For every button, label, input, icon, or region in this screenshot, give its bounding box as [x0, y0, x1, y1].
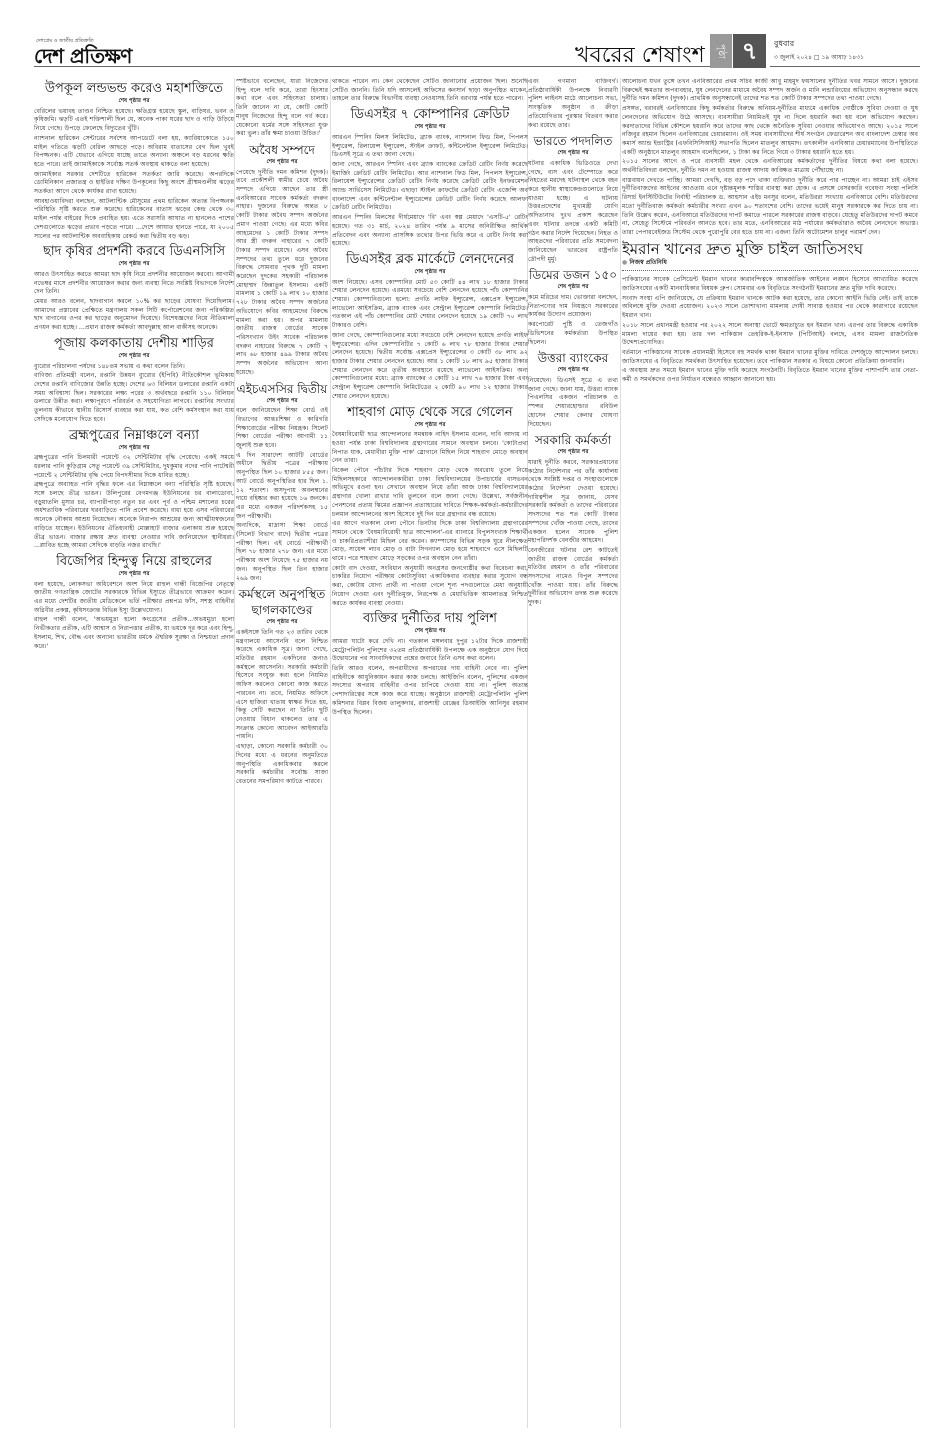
headline[interactable]: ব্রহ্মপুত্রের নিম্নাঞ্চলে বন্যা — [34, 428, 234, 444]
continued-label: শেষ পৃষ্ঠার পর — [528, 283, 618, 292]
headline[interactable]: কর্মস্থলে অনুপস্থিত ছাগলকাণ্ডের — [236, 586, 328, 618]
headline[interactable]: শাহবাগ মোড় থেকে সরে গেলেন — [332, 405, 528, 421]
headline[interactable]: ডিএসইর ৭ কোম্পানির ক্রেডিট — [332, 107, 528, 123]
article-hurricane: উপকূল লন্ডভন্ড করেও মহাশক্তিতে শেষ পৃষ্ঠ… — [34, 81, 234, 241]
publication-date: ৩ জুলাই ২০২৪ □ ১৯ আষাঢ় ১৪৩১ — [774, 52, 864, 63]
page-number: ৭ — [733, 34, 766, 68]
headline[interactable]: উপকূল লন্ডভন্ড করেও মহাশক্তিতে — [34, 81, 234, 97]
article-uttara-bank: করপোরেট পুষ্টি ও তেজগাঁও ডিভিশনের কর্মকর… — [528, 321, 618, 429]
headline[interactable]: ডিমের ডজন ১৫০ — [528, 267, 618, 283]
headline[interactable]: ছাদ কৃষির প্রদর্শনী করবে ডিএনসিসি — [34, 244, 234, 260]
continued-label: শেষ পৃষ্ঠার পর — [236, 158, 328, 167]
article-india-stampede: এবং গণমানা ব্যক্তিবর্গ। প্রতিষ্ঠাবার্ষিক… — [528, 78, 618, 264]
column-divider — [620, 78, 621, 1428]
article-block-market: ডিএসইর ব্লক মার্কেটে লেনদেনের শেষ পৃষ্ঠা… — [332, 252, 528, 402]
continued-label: শেষ পৃষ্ঠার পর — [34, 97, 234, 106]
continued-label: শেষ পৃষ্ঠার পর — [34, 444, 234, 453]
continued-label: শেষ পৃষ্ঠার পর — [34, 260, 234, 269]
article-saree: পূজায় কলকাতায় দেশীয় শাড়ির শেষ পৃষ্ঠা… — [34, 336, 234, 425]
continued-label: শেষ পৃষ্ঠার পর — [34, 352, 234, 361]
headline[interactable]: ভারতে পদদলিত — [528, 133, 618, 149]
headline[interactable]: এইচএসসির দ্বিতীয় — [236, 381, 328, 397]
column-divider — [234, 78, 235, 1428]
newspaper-logo[interactable]: দেশ প্রতিক্ষণ — [34, 42, 132, 75]
article-hsc: এইচএসসির দ্বিতীয় শেষ পৃষ্ঠার পর বলে জান… — [236, 381, 328, 584]
divider — [622, 270, 918, 271]
column-1: উপকূল লন্ডভন্ড করেও মহাশক্তিতে শেষ পৃষ্ঠ… — [34, 78, 234, 1428]
article-nbr: আলোচনা যখন তুঙ্গে তখন এনবিআরের প্রথম সচি… — [622, 78, 918, 238]
masthead-rule — [34, 66, 474, 67]
article-dse-credit: থাকতে পারেন না। কেন থেকেছেন সেটিও জানানো… — [332, 78, 528, 249]
column-3: থাকতে পারেন না। কেন থেকেছেন সেটিও জানানো… — [332, 78, 528, 1428]
continued-label: শেষ পৃষ্ঠার পর — [236, 618, 328, 627]
headline[interactable]: ডিএসইর ব্লক মার্কেটে লেনদেনের — [332, 252, 528, 268]
column-4: এবং গণমানা ব্যক্তিবর্গ। প্রতিষ্ঠাবার্ষিক… — [528, 78, 618, 1428]
column-2: স্পষ্টভাবে বলেছেন, যারা নিজেদের হিন্দু ব… — [236, 78, 328, 1428]
continued-label: শেষ পৃষ্ঠার পর — [528, 149, 618, 158]
headline[interactable]: উত্তরা ব্যাংকের — [528, 350, 618, 366]
article-eggs: ডিমের ডজন ১৫০ শেষ পৃষ্ঠার পর কমে মরিচের … — [528, 267, 618, 320]
column-5: আলোচনা যখন তুঙ্গে তখন এনবিআরের প্রথম সচি… — [622, 78, 918, 1428]
article-imran: ইমরান খানের দ্রুত মুক্তি চাইল জাতিসংঘ নি… — [622, 241, 918, 385]
continued-label: শেষ পৃষ্ঠার পর — [332, 123, 528, 132]
masthead-rule — [470, 66, 710, 67]
article-workplace: কর্মস্থলে অনুপস্থিত ছাগলকাণ্ডের শেষ পৃষ্… — [236, 586, 328, 786]
continued-label: শেষ পৃষ্ঠার পর — [528, 366, 618, 375]
byline: নিজস্ব প্রতিনিধি — [622, 259, 918, 268]
masthead: দেশপ্রেম ও জাতীয় প্রতিশ্রুতি দেশ প্রতিক… — [0, 0, 945, 70]
continued-label: শেষ পৃষ্ঠার পর — [528, 448, 618, 457]
headline[interactable]: ইমরান খানের দ্রুত মুক্তি চাইল জাতিসংঘ — [622, 241, 918, 257]
article-rahul: বিজেপির হিন্দুত্ব নিয়ে রাহুলের শেষ পৃষ্… — [34, 554, 234, 651]
article-flood: ব্রহ্মপুত্রের নিম্নাঞ্চলে বন্যা শেষ পৃষ্… — [34, 428, 234, 551]
continued-label: শেষ পৃষ্ঠার পর — [236, 397, 328, 406]
continued-label: শেষ পৃষ্ঠার পর — [332, 268, 528, 277]
article-illegal-wealth: স্পষ্টভাবে বলেছেন, যারা নিজেদের হিন্দু ব… — [236, 78, 328, 378]
continued-label: শেষ পৃষ্ঠার পর — [332, 627, 528, 636]
headline[interactable]: বিজেপির হিন্দুত্ব নিয়ে রাহুলের — [34, 554, 234, 570]
column-divider — [330, 78, 331, 1428]
article-police: ব্যক্তির দুর্নীতির দায় পুলিশ শেষ পৃষ্ঠা… — [332, 611, 528, 717]
headline[interactable]: ব্যক্তির দুর্নীতির দায় পুলিশ — [332, 611, 528, 627]
continued-label: শেষ পৃষ্ঠার পর — [34, 570, 234, 579]
headline[interactable]: সরকারি কর্মকর্তা — [528, 432, 618, 448]
continued-label: শেষ পৃষ্ঠার পর — [332, 421, 528, 430]
weekday: বুধবার — [774, 38, 794, 51]
article-govt-officer: সরকারি কর্মকর্তা শেষ পৃষ্ঠার পর যারাই দু… — [528, 432, 618, 608]
article-roof-farming: ছাদ কৃষির প্রদর্শনী করবে ডিএনসিসি শেষ পৃ… — [34, 244, 234, 333]
headline[interactable]: অবৈধ সম্পদে — [236, 142, 328, 158]
headline[interactable]: পূজায় কলকাতায় দেশীয় শাড়ির — [34, 336, 234, 352]
article-shahbag: শাহবাগ মোড় থেকে সরে গেলেন শেষ পৃষ্ঠার প… — [332, 405, 528, 609]
section-title: খবরের শেষাংশ — [575, 38, 705, 75]
page-label: পৃষ্ঠা — [710, 34, 732, 68]
masthead-rule — [770, 66, 920, 67]
